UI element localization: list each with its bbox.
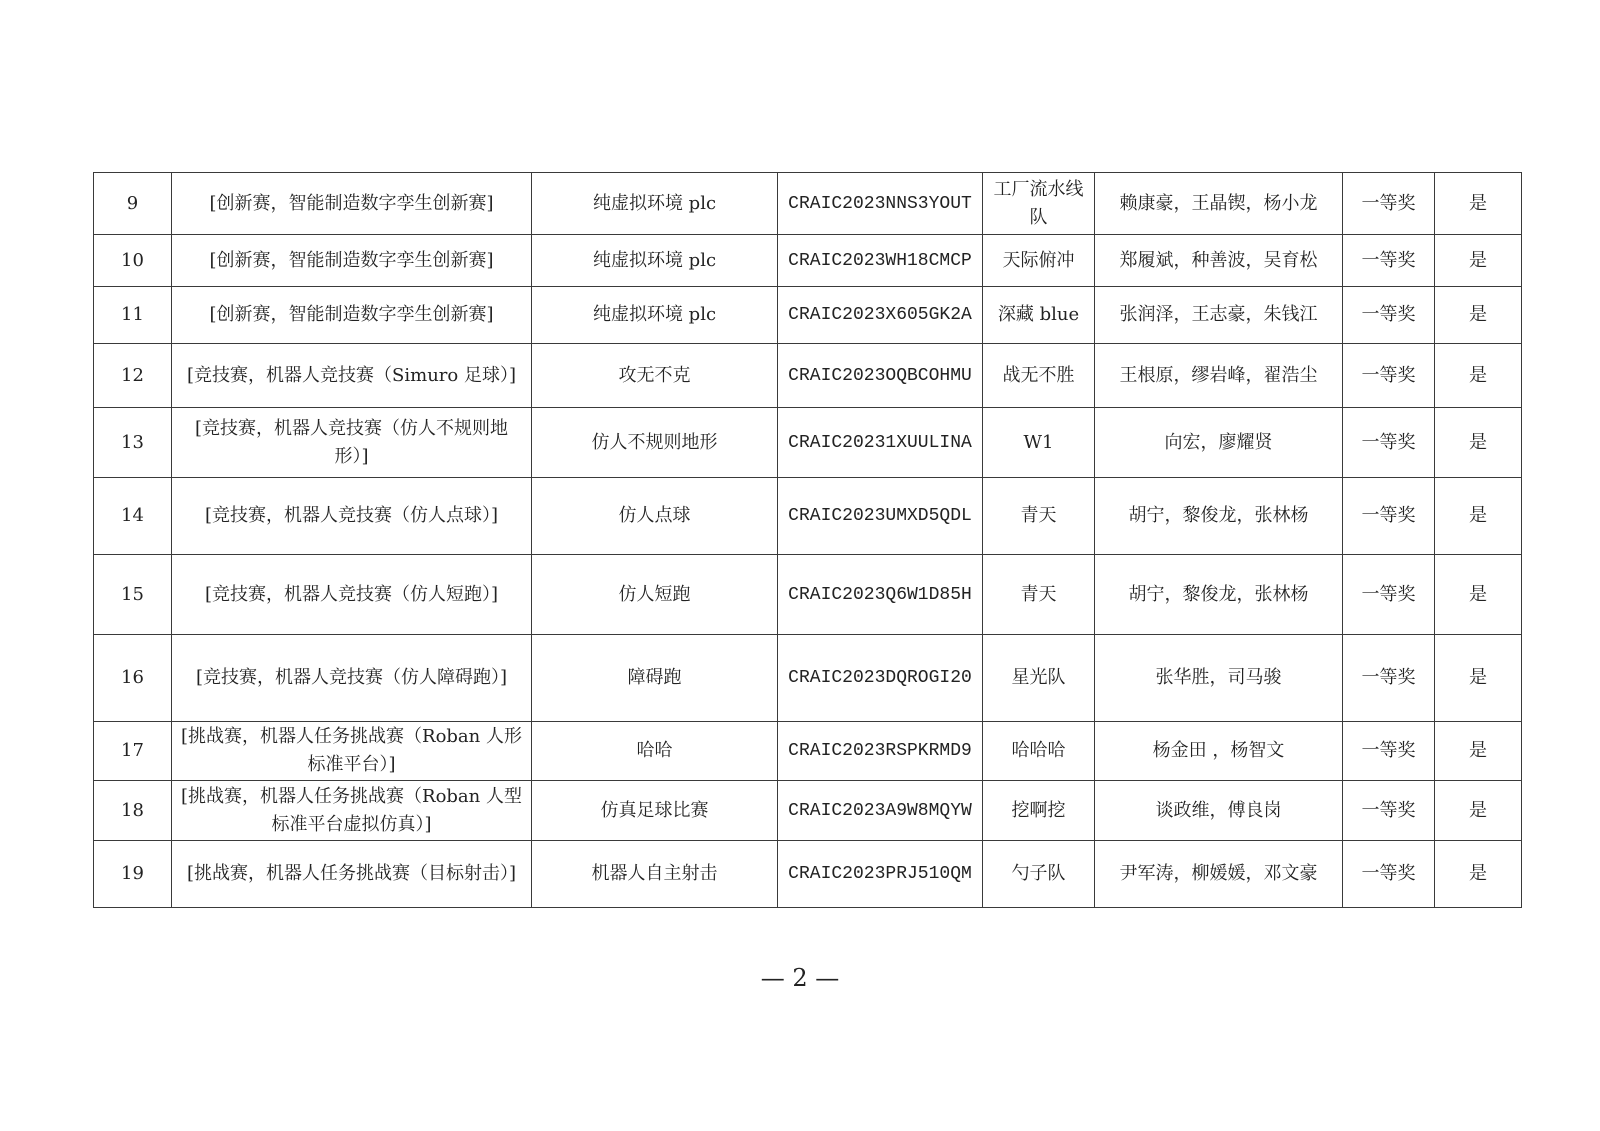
- table-row: 12[竞技赛，机器人竞技赛（Simuro 足球）]攻无不克CRAIC2023OQ…: [94, 344, 1522, 408]
- row-number-cell: 17: [94, 722, 172, 781]
- awards-table: 9[创新赛，智能制造数字孪生创新赛]纯虚拟环境 plcCRAIC2023NNS3…: [93, 172, 1522, 908]
- entry-code-cell: CRAIC2023UMXD5QDL: [778, 478, 983, 555]
- qualified-flag-cell: 是: [1435, 408, 1522, 478]
- team-members-cell: 张华胜，司马骏: [1095, 635, 1343, 722]
- team-name-cell: 深藏 blue: [983, 287, 1095, 344]
- qualified-flag-cell: 是: [1435, 722, 1522, 781]
- team-members-cell: 谈政维，傅良岗: [1095, 781, 1343, 841]
- table-row: 19[挑战赛，机器人任务挑战赛（目标射击）]机器人自主射击CRAIC2023PR…: [94, 841, 1522, 908]
- row-number-cell: 13: [94, 408, 172, 478]
- table-row: 11[创新赛，智能制造数字孪生创新赛]纯虚拟环境 plcCRAIC2023X60…: [94, 287, 1522, 344]
- team-members-cell: 胡宁，黎俊龙，张林杨: [1095, 478, 1343, 555]
- row-number-cell: 19: [94, 841, 172, 908]
- competition-category-cell: [竞技赛，机器人竞技赛（仿人障碍跑）]: [172, 635, 532, 722]
- row-number-cell: 11: [94, 287, 172, 344]
- project-name-cell: 仿人点球: [532, 478, 778, 555]
- team-members-cell: 杨金田 ，杨智文: [1095, 722, 1343, 781]
- award-level-cell: 一等奖: [1343, 173, 1435, 235]
- qualified-flag-cell: 是: [1435, 173, 1522, 235]
- team-members-cell: 向宏，廖耀贤: [1095, 408, 1343, 478]
- project-name-cell: 机器人自主射击: [532, 841, 778, 908]
- row-number-cell: 18: [94, 781, 172, 841]
- row-number-cell: 9: [94, 173, 172, 235]
- table-row: 13[竞技赛，机器人竞技赛（仿人不规则地形）]仿人不规则地形CRAIC20231…: [94, 408, 1522, 478]
- row-number-cell: 10: [94, 235, 172, 287]
- team-members-cell: 张润泽，王志豪，朱钱江: [1095, 287, 1343, 344]
- document-page: 9[创新赛，智能制造数字孪生创新赛]纯虚拟环境 plcCRAIC2023NNS3…: [0, 0, 1600, 1131]
- row-number-cell: 15: [94, 555, 172, 635]
- table-body: 9[创新赛，智能制造数字孪生创新赛]纯虚拟环境 plcCRAIC2023NNS3…: [94, 173, 1522, 908]
- award-level-cell: 一等奖: [1343, 841, 1435, 908]
- entry-code-cell: CRAIC2023Q6W1D85H: [778, 555, 983, 635]
- project-name-cell: 纯虚拟环境 plc: [532, 287, 778, 344]
- team-name-cell: 哈哈哈: [983, 722, 1095, 781]
- row-number-cell: 14: [94, 478, 172, 555]
- team-name-cell: 挖啊挖: [983, 781, 1095, 841]
- team-members-cell: 胡宁，黎俊龙，张林杨: [1095, 555, 1343, 635]
- row-number-cell: 12: [94, 344, 172, 408]
- competition-category-cell: [竞技赛，机器人竞技赛（仿人短跑）]: [172, 555, 532, 635]
- competition-category-cell: [创新赛，智能制造数字孪生创新赛]: [172, 287, 532, 344]
- qualified-flag-cell: 是: [1435, 287, 1522, 344]
- team-name-cell: 勺子队: [983, 841, 1095, 908]
- award-level-cell: 一等奖: [1343, 235, 1435, 287]
- competition-category-cell: [竞技赛，机器人竞技赛（Simuro 足球）]: [172, 344, 532, 408]
- award-level-cell: 一等奖: [1343, 781, 1435, 841]
- table-row: 14[竞技赛，机器人竞技赛（仿人点球）]仿人点球CRAIC2023UMXD5QD…: [94, 478, 1522, 555]
- team-name-cell: 星光队: [983, 635, 1095, 722]
- entry-code-cell: CRAIC2023OQBCOHMU: [778, 344, 983, 408]
- award-level-cell: 一等奖: [1343, 408, 1435, 478]
- team-members-cell: 郑履斌，种善波，吴育松: [1095, 235, 1343, 287]
- project-name-cell: 哈哈: [532, 722, 778, 781]
- table-row: 17[挑战赛，机器人任务挑战赛（Roban 人形标准平台）]哈哈CRAIC202…: [94, 722, 1522, 781]
- team-name-cell: 战无不胜: [983, 344, 1095, 408]
- competition-category-cell: [挑战赛，机器人任务挑战赛（Roban 人型标准平台虚拟仿真）]: [172, 781, 532, 841]
- table-row: 9[创新赛，智能制造数字孪生创新赛]纯虚拟环境 plcCRAIC2023NNS3…: [94, 173, 1522, 235]
- row-number-cell: 16: [94, 635, 172, 722]
- team-name-cell: 青天: [983, 555, 1095, 635]
- team-members-cell: 尹军涛，柳媛媛，邓文豪: [1095, 841, 1343, 908]
- award-level-cell: 一等奖: [1343, 344, 1435, 408]
- table-row: 10[创新赛，智能制造数字孪生创新赛]纯虚拟环境 plcCRAIC2023WH1…: [94, 235, 1522, 287]
- team-members-cell: 王根原，缪岩峰，翟浩尘: [1095, 344, 1343, 408]
- project-name-cell: 仿人不规则地形: [532, 408, 778, 478]
- table-row: 15[竞技赛，机器人竞技赛（仿人短跑）]仿人短跑CRAIC2023Q6W1D85…: [94, 555, 1522, 635]
- award-level-cell: 一等奖: [1343, 722, 1435, 781]
- team-name-cell: W1: [983, 408, 1095, 478]
- entry-code-cell: CRAIC20231XUULINA: [778, 408, 983, 478]
- qualified-flag-cell: 是: [1435, 781, 1522, 841]
- entry-code-cell: CRAIC2023PRJ510QM: [778, 841, 983, 908]
- project-name-cell: 仿真足球比赛: [532, 781, 778, 841]
- qualified-flag-cell: 是: [1435, 478, 1522, 555]
- table-row: 16[竞技赛，机器人竞技赛（仿人障碍跑）]障碍跑CRAIC2023DQROGI2…: [94, 635, 1522, 722]
- project-name-cell: 障碍跑: [532, 635, 778, 722]
- award-level-cell: 一等奖: [1343, 635, 1435, 722]
- competition-category-cell: [竞技赛，机器人竞技赛（仿人不规则地形）]: [172, 408, 532, 478]
- team-name-cell: 工厂流水线队: [983, 173, 1095, 235]
- page-number: — 2 —: [0, 964, 1600, 992]
- team-name-cell: 青天: [983, 478, 1095, 555]
- competition-category-cell: [挑战赛，机器人任务挑战赛（Roban 人形标准平台）]: [172, 722, 532, 781]
- entry-code-cell: CRAIC2023WH18CMCP: [778, 235, 983, 287]
- entry-code-cell: CRAIC2023NNS3YOUT: [778, 173, 983, 235]
- team-name-cell: 天际俯冲: [983, 235, 1095, 287]
- project-name-cell: 纯虚拟环境 plc: [532, 173, 778, 235]
- qualified-flag-cell: 是: [1435, 344, 1522, 408]
- qualified-flag-cell: 是: [1435, 555, 1522, 635]
- project-name-cell: 纯虚拟环境 plc: [532, 235, 778, 287]
- competition-category-cell: [创新赛，智能制造数字孪生创新赛]: [172, 235, 532, 287]
- entry-code-cell: CRAIC2023A9W8MQYW: [778, 781, 983, 841]
- qualified-flag-cell: 是: [1435, 235, 1522, 287]
- project-name-cell: 攻无不克: [532, 344, 778, 408]
- competition-category-cell: [创新赛，智能制造数字孪生创新赛]: [172, 173, 532, 235]
- qualified-flag-cell: 是: [1435, 635, 1522, 722]
- competition-category-cell: [挑战赛，机器人任务挑战赛（目标射击）]: [172, 841, 532, 908]
- qualified-flag-cell: 是: [1435, 841, 1522, 908]
- entry-code-cell: CRAIC2023DQROGI20: [778, 635, 983, 722]
- entry-code-cell: CRAIC2023X605GK2A: [778, 287, 983, 344]
- competition-category-cell: [竞技赛，机器人竞技赛（仿人点球）]: [172, 478, 532, 555]
- entry-code-cell: CRAIC2023RSPKRMD9: [778, 722, 983, 781]
- award-level-cell: 一等奖: [1343, 287, 1435, 344]
- award-level-cell: 一等奖: [1343, 555, 1435, 635]
- award-level-cell: 一等奖: [1343, 478, 1435, 555]
- project-name-cell: 仿人短跑: [532, 555, 778, 635]
- team-members-cell: 赖康豪，王晶锲，杨小龙: [1095, 173, 1343, 235]
- table-row: 18[挑战赛，机器人任务挑战赛（Roban 人型标准平台虚拟仿真）]仿真足球比赛…: [94, 781, 1522, 841]
